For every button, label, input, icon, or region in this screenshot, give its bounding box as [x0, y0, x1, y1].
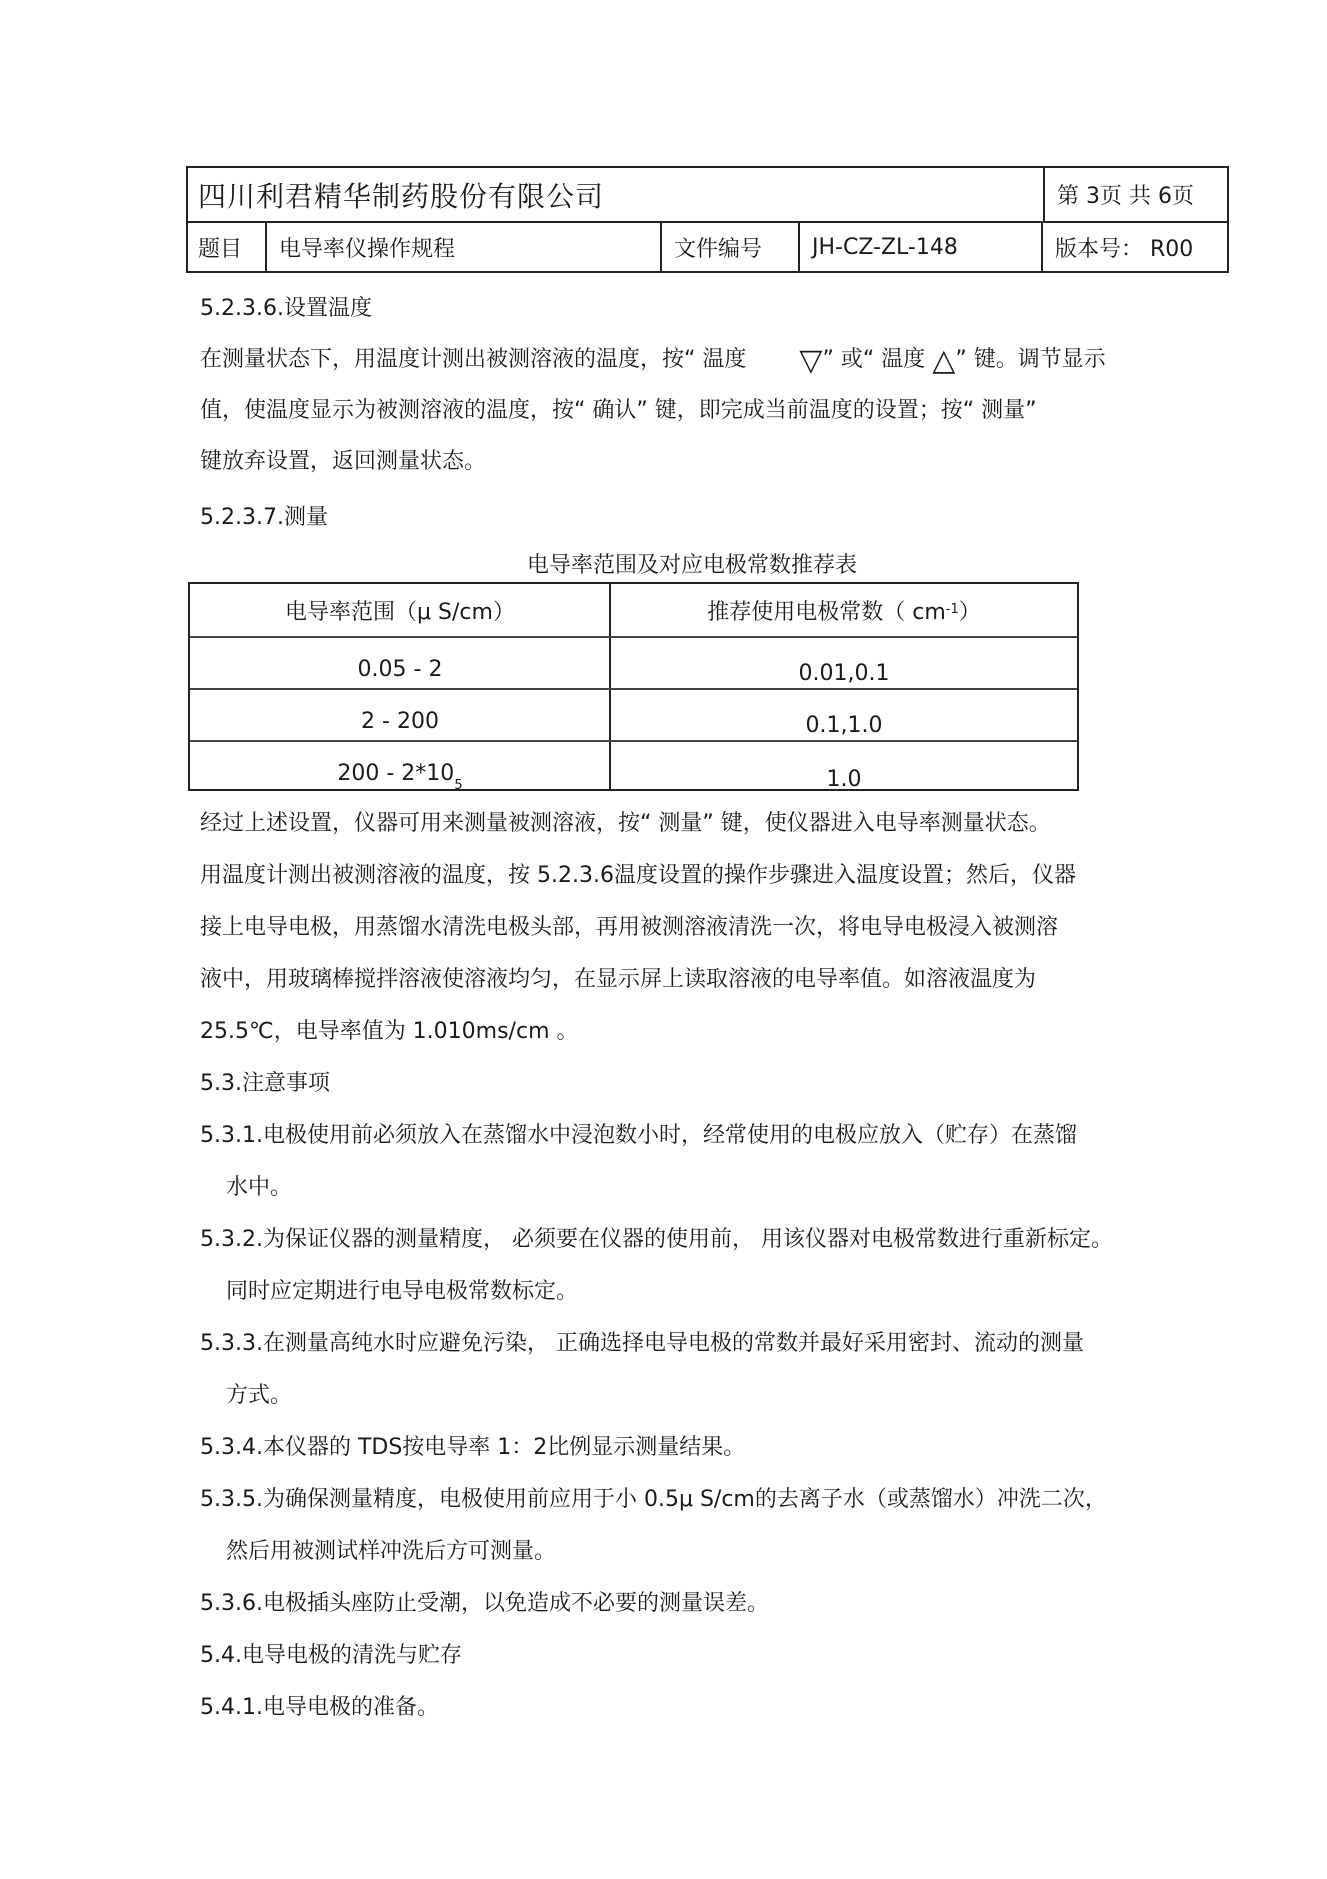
paragraph-line: 液中，用玻璃棒搅拌溶液使溶液均匀，在显示屏上读取溶液的电导率值。如溶液温度为 — [200, 965, 1036, 995]
cell-constant: 0.1,1.0 — [611, 688, 1077, 740]
paragraph-line: 值，使温度显示为被测溶液的温度，按“ 确认” 键，即完成当前温度的设置；按“ 测… — [200, 396, 1037, 426]
triangle-up-icon: △ — [932, 350, 955, 372]
cell-range: 2 - 200 — [190, 688, 610, 740]
header-row-meta: 题目 电导率仪操作规程 文件编号 JH-CZ-ZL-148 版本号： R00 — [188, 223, 1227, 271]
table-header-row: 电导率范围（μ S/cm） 推荐使用电极常数（ cm-1 ） — [190, 584, 1077, 638]
section-heading-53: 5.3.注意事项 — [200, 1069, 330, 1099]
triangle-down-icon: ▽ — [799, 350, 822, 372]
table-row: 0.05 - 2 0.01,0.1 — [190, 636, 1077, 690]
header-divider — [265, 223, 267, 271]
text-span: 推荐使用电极常数（ cm — [707, 595, 946, 626]
header-divider — [798, 223, 800, 271]
section-heading-5236: 5.2.3.6.设置温度 — [200, 294, 372, 324]
header-row-company: 四川利君精华制药股份有限公司 第 3页 共 6页 — [188, 168, 1227, 223]
paragraph-line: 键放弃设置，返回测量状态。 — [200, 447, 486, 477]
section-heading-54: 5.4.电导电极的清洗与贮存 — [200, 1641, 462, 1671]
header-range: 电导率范围（μ S/cm） — [190, 584, 610, 636]
paragraph-line: 在测量状态下，用温度计测出被测溶液的温度，按“ 温度 ▽” 或“ 温度 △” 键… — [200, 345, 1106, 375]
note-item-535-cont: 然后用被测试样冲洗后方可测量。 — [226, 1537, 556, 1567]
text-span: 200 - 2*10 — [337, 761, 454, 786]
paragraph-line: 接上电导电极，用蒸馏水清洗电极头部，再用被测溶液清洗一次，将电导电极浸入被测溶 — [200, 913, 1058, 943]
text-span: 在测量状态下，用温度计测出被测溶液的温度，按“ 温度 — [200, 347, 753, 372]
note-item-532: 5.3.2.为保证仪器的测量精度， 必须要在仪器的使用前， 用该仪器对电极常数进… — [200, 1225, 1113, 1255]
document-page: 四川利君精华制药股份有限公司 第 3页 共 6页 题目 电导率仪操作规程 文件编… — [0, 0, 1327, 1879]
text-span: ） — [959, 595, 981, 626]
conductivity-table: 电导率范围（μ S/cm） 推荐使用电极常数（ cm-1 ） 0.05 - 2 … — [188, 582, 1079, 791]
note-item-533-cont: 方式。 — [226, 1381, 292, 1411]
note-item-535: 5.3.5.为确保测量精度，电极使用前应用于小 0.5μ S/cm的去离子水（或… — [200, 1485, 1107, 1515]
subsection-541: 5.4.1.电导电极的准备。 — [200, 1693, 439, 1723]
table-caption: 电导率范围及对应电极常数推荐表 — [527, 548, 857, 579]
company-name: 四川利君精华制药股份有限公司 — [198, 168, 604, 221]
table-row: 200 - 2*105 1.0 — [190, 740, 1077, 792]
cell-constant: 0.01,0.1 — [611, 636, 1077, 688]
header-divider — [1041, 223, 1043, 271]
paragraph-line: 25.5℃，电导率值为 1.010ms/cm 。 — [200, 1017, 579, 1047]
doc-no-value: JH-CZ-ZL-148 — [812, 223, 958, 271]
note-item-531: 5.3.1.电极使用前必须放入在蒸馏水中浸泡数小时，经常使用的电极应放入（贮存）… — [200, 1121, 1077, 1151]
header-divider — [660, 223, 662, 271]
cell-range: 0.05 - 2 — [190, 636, 610, 688]
section-heading-5237: 5.2.3.7.测量 — [200, 503, 328, 533]
subject-value: 电导率仪操作规程 — [279, 223, 455, 271]
paragraph-line: 经过上述设置，仪器可用来测量被测溶液，按“ 测量” 键，使仪器进入电导率测量状态… — [200, 809, 1051, 839]
header-constant: 推荐使用电极常数（ cm-1 ） — [611, 584, 1077, 636]
cell-constant: 1.0 — [611, 740, 1077, 792]
table-row: 2 - 200 0.1,1.0 — [190, 688, 1077, 742]
note-item-533: 5.3.3.在测量高纯水时应避免污染， 正确选择电导电极的常数并最好采用密封、流… — [200, 1329, 1084, 1359]
note-item-536: 5.3.6.电极插头座防止受潮，以免造成不必要的测量误差。 — [200, 1589, 769, 1619]
doc-no-label: 文件编号 — [674, 223, 762, 271]
note-item-534: 5.3.4.本仪器的 TDS按电导率 1：2比例显示测量结果。 — [200, 1433, 745, 1463]
text-span: ” 或“ 温度 — [822, 347, 932, 372]
text-span: ” 键。调节显示 — [955, 347, 1105, 372]
page-info: 第 3页 共 6页 — [1043, 168, 1227, 221]
paragraph-line: 用温度计测出被测溶液的温度，按 5.2.3.6温度设置的操作步骤进入温度设置；然… — [200, 861, 1076, 891]
note-item-531-cont: 水中。 — [226, 1173, 292, 1203]
version-number: 版本号： R00 — [1055, 223, 1193, 271]
subject-label: 题目 — [198, 223, 242, 271]
cell-range: 200 - 2*105 — [190, 740, 610, 792]
document-header-table: 四川利君精华制药股份有限公司 第 3页 共 6页 题目 电导率仪操作规程 文件编… — [186, 166, 1229, 273]
note-item-532-cont: 同时应定期进行电导电极常数标定。 — [226, 1277, 578, 1307]
